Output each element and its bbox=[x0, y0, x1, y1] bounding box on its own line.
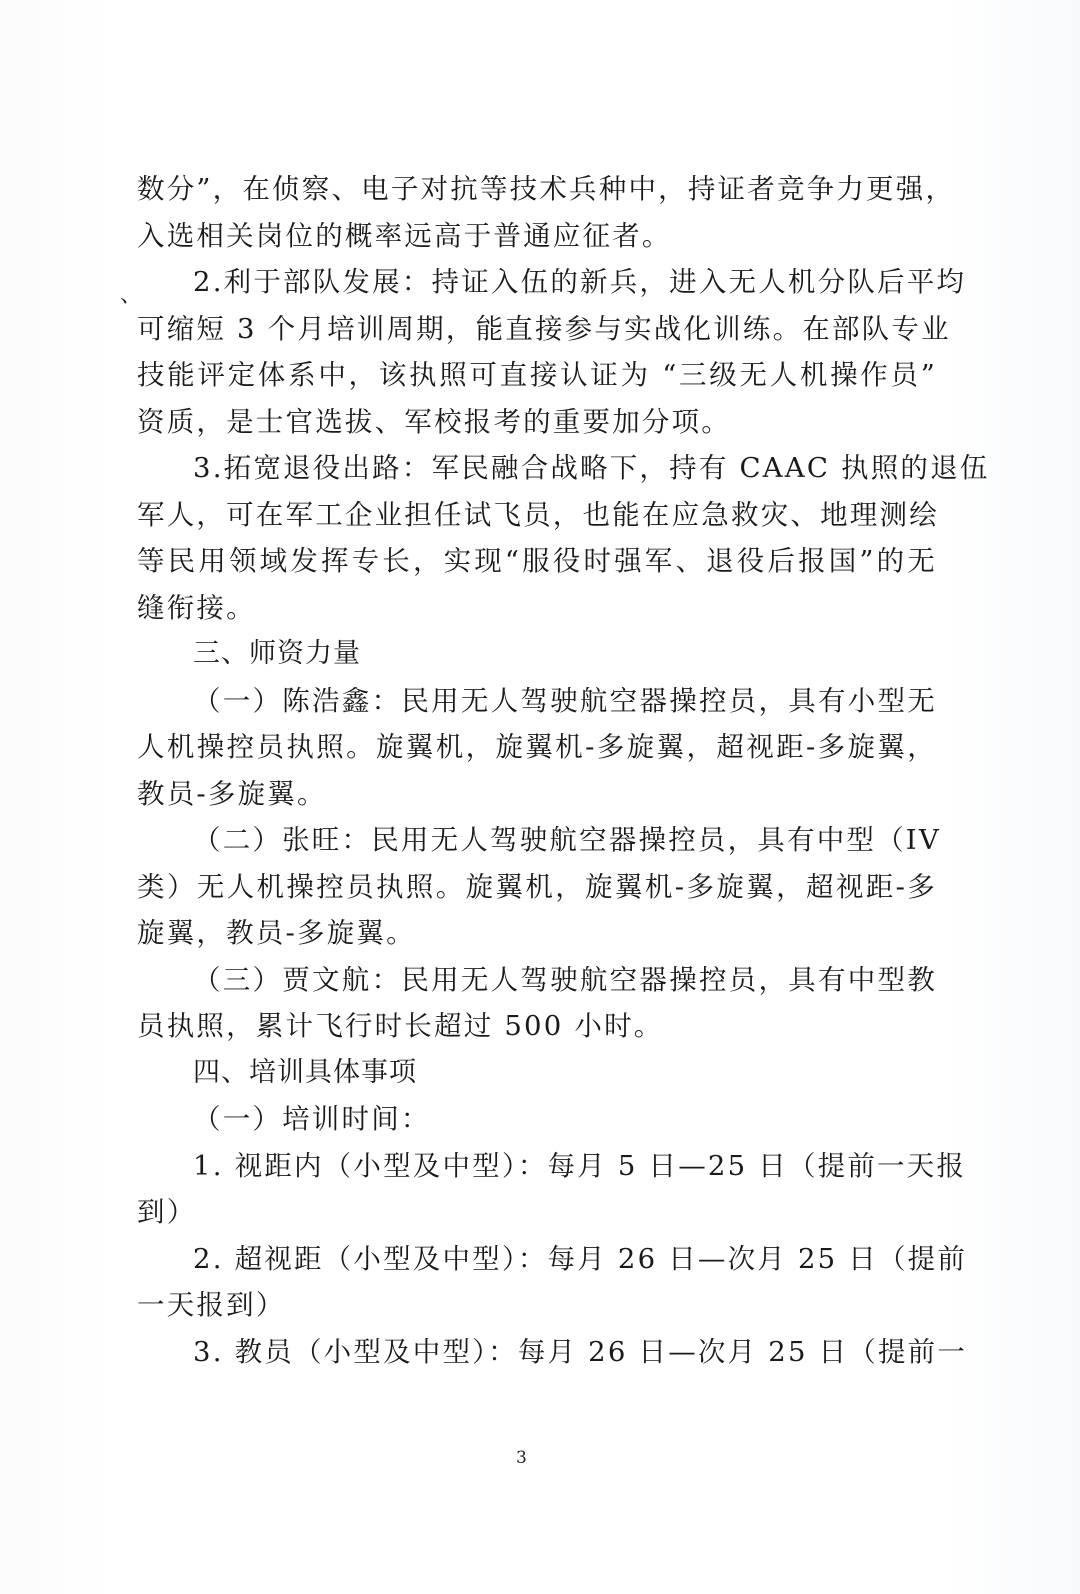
text-line: 技能评定体系中，该执照可直接认证为 “三级无人机操作员” bbox=[137, 352, 937, 399]
text-line: 入选相关岗位的概率远高于普通应征者。 bbox=[137, 213, 937, 260]
text-line: 数分”，在侦察、电子对抗等技术兵种中，持证者竞争力更强， bbox=[137, 166, 937, 213]
text-line: 等民用领域发挥专长，实现“服役时强军、退役后报国”的无 bbox=[137, 538, 937, 585]
text-line: 3. 教员（小型及中型）：每月 26 日—次月 25 日（提前一 bbox=[137, 1329, 937, 1376]
text-line: 教员-多旋翼。 bbox=[137, 771, 937, 818]
text-line: 旋翼，教员-多旋翼。 bbox=[137, 910, 937, 957]
text-line: 类）无人机操控员执照。旋翼机，旋翼机-多旋翼，超视距-多 bbox=[137, 864, 937, 911]
section-heading: 三、师资力量 bbox=[137, 631, 937, 678]
text-line: 一天报到） bbox=[137, 1282, 937, 1329]
text-line: 2. 超视距（小型及中型）：每月 26 日—次月 25 日（提前 bbox=[137, 1236, 937, 1283]
section-heading: 四、培训具体事项 bbox=[137, 1050, 937, 1097]
text-line: （一）培训时间： bbox=[137, 1096, 937, 1143]
document-page: 、 数分”，在侦察、电子对抗等技术兵种中，持证者竞争力更强，入选相关岗位的概率远… bbox=[0, 0, 1080, 1594]
page-number: 3 bbox=[516, 1448, 527, 1468]
text-line: 1. 视距内（小型及中型）：每月 5 日—25 日（提前一天报 bbox=[137, 1143, 937, 1190]
text-line: 2.利于部队发展：持证入伍的新兵，进入无人机分队后平均 bbox=[137, 259, 937, 306]
text-line: （二）张旺：民用无人驾驶航空器操控员，具有中型（IV bbox=[137, 817, 937, 864]
text-line: 可缩短 3 个月培训周期，能直接参与实战化训练。在部队专业 bbox=[137, 306, 937, 353]
text-line: 3.拓宽退役出路：军民融合战略下，持有 CAAC 执照的退伍 bbox=[137, 445, 937, 492]
text-line: 资质，是士官选拔、军校报考的重要加分项。 bbox=[137, 399, 937, 446]
text-line: 到） bbox=[137, 1189, 937, 1236]
text-line: 缝衔接。 bbox=[137, 585, 937, 632]
text-line: （一）陈浩鑫：民用无人驾驶航空器操控员，具有小型无 bbox=[137, 678, 937, 725]
text-line: 员执照，累计飞行时长超过 500 小时。 bbox=[137, 1003, 937, 1050]
text-line: 人机操控员执照。旋翼机，旋翼机-多旋翼，超视距-多旋翼， bbox=[137, 724, 937, 771]
text-line: （三）贾文航：民用无人驾驶航空器操控员，具有中型教 bbox=[137, 957, 937, 1004]
text-line: 军人，可在军工企业担任试飞员，也能在应急救灾、地理测绘 bbox=[137, 492, 937, 539]
document-body: 数分”，在侦察、电子对抗等技术兵种中，持证者竞争力更强，入选相关岗位的概率远高于… bbox=[137, 166, 937, 1375]
